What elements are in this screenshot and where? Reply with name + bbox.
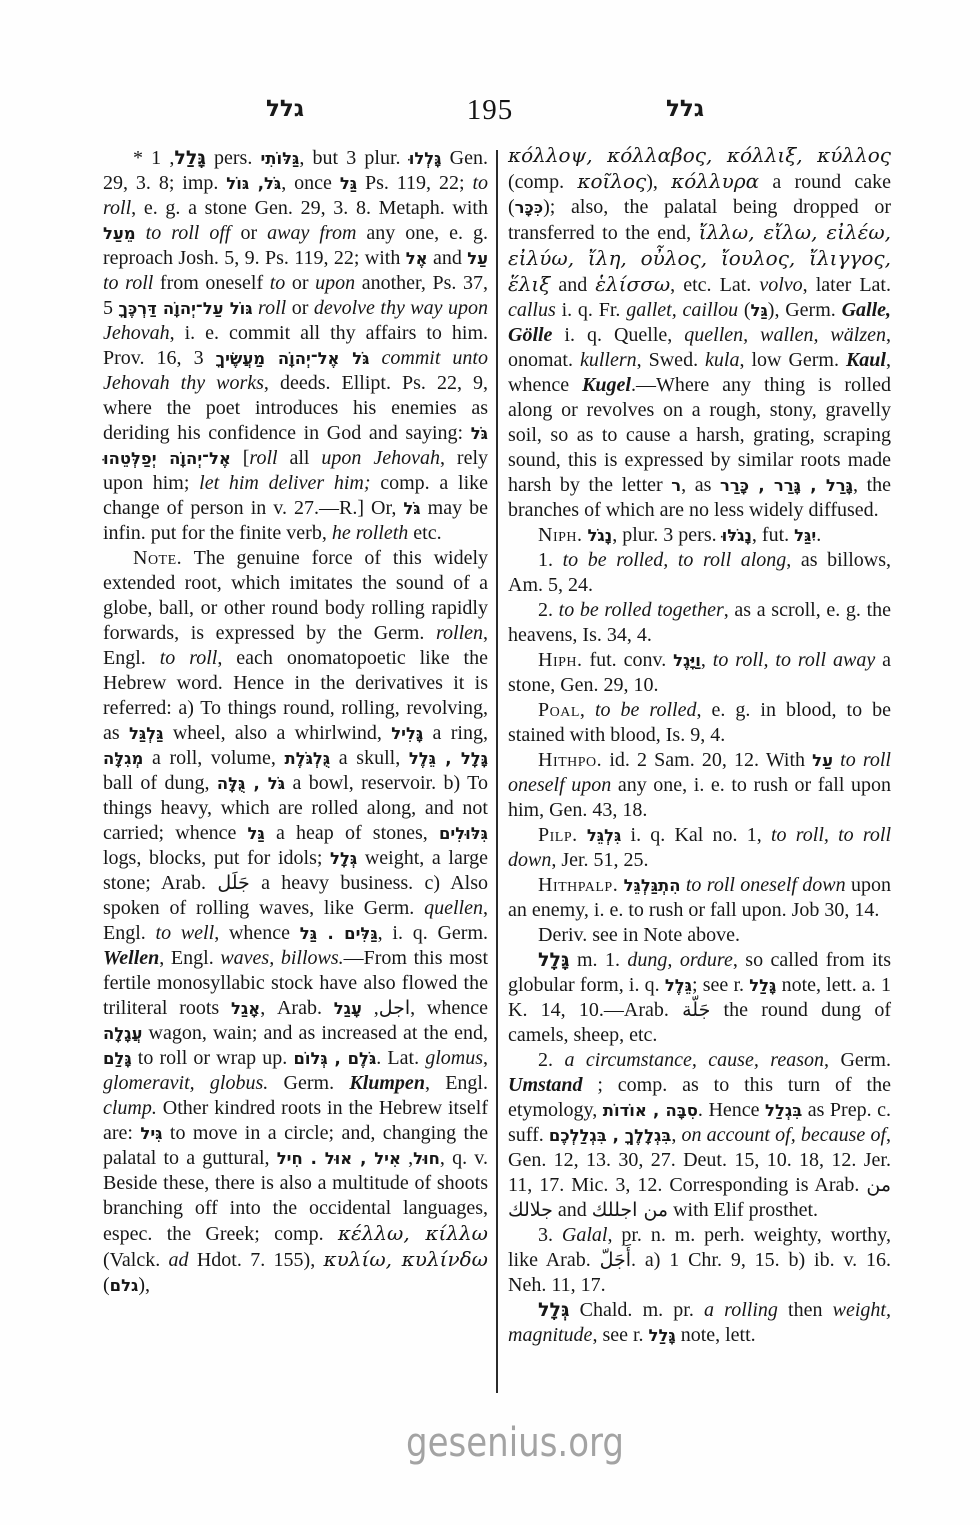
text-run: , see r.: [592, 1324, 648, 1346]
text-run: , as: [681, 474, 720, 496]
text-run: *: [133, 147, 151, 169]
text-run: ),: [646, 171, 671, 193]
paragraph: * גָּלַל, 1 pers. גַּלּוֹתִי, but 3 plur…: [103, 146, 488, 546]
text-run: , i. q. Germ.: [378, 922, 488, 944]
hebrew-text: עַל: [812, 751, 833, 770]
text-run: i. q. Fr.: [556, 299, 626, 321]
hebrew-text: מֵעַל: [103, 224, 136, 243]
text-run: to: [270, 272, 286, 294]
left-catchword: גלל: [225, 96, 345, 122]
text-run: gallet, caillou: [626, 299, 738, 321]
text-run: Chald. m. pr.: [569, 1299, 704, 1321]
page-number: 195: [430, 94, 550, 127]
hebrew-text: גַּלִּים . גַּל: [300, 924, 378, 943]
text-run: Umstand: [508, 1074, 582, 1096]
text-run: to roll or wrap up.: [132, 1047, 294, 1069]
text-run: Kugel: [582, 374, 631, 396]
hebrew-text: גָּלַל: [649, 1326, 676, 1345]
scanned-dictionary-page: גלל 195 גלל * גָּלַל, 1 pers. גַּלּוֹתִי…: [0, 0, 980, 1525]
text-run: to be rolled: [595, 699, 697, 721]
hebrew-text: עָגַל: [334, 999, 362, 1018]
hebrew-text: גַּל: [340, 174, 357, 193]
text-run: note, lett.: [676, 1324, 756, 1346]
text-run: , 1 pers.: [151, 147, 260, 169]
text-run: 3.: [538, 1224, 562, 1246]
stem-label: Hithpo.: [538, 749, 602, 771]
text-run: a heap of stones,: [265, 822, 439, 844]
hebrew-text: גִּלְגֵּל: [587, 826, 621, 845]
greek-text: κοῖλος: [577, 169, 646, 193]
greek-text: κόλλοψ, κόλλαβος, κόλλιξ, κύλλος: [508, 143, 891, 167]
text-run: a roll, volume,: [143, 747, 284, 769]
text-run: , Germ.: [824, 1049, 891, 1071]
text-run: all: [278, 447, 322, 469]
text-run: 2.: [538, 1049, 564, 1071]
hebrew-text: חוּל: [413, 1149, 440, 1168]
greek-text: κυλίω, κυλίνδω: [324, 1247, 488, 1271]
greek-text: ἑλίσσω: [595, 272, 670, 296]
right-catchword: גלל: [625, 96, 745, 122]
hebrew-text: גִּיל: [140, 1124, 162, 1143]
hebrew-text: גָּלַל: [749, 976, 776, 995]
text-run: dung, ordure: [627, 949, 732, 971]
hebrew-text: עַל: [467, 249, 488, 268]
text-run: [578, 824, 587, 846]
hebrew-text: וַיָּגֶל: [673, 651, 701, 670]
text-run: with Elif prosthet.: [668, 1199, 818, 1221]
text-run: away from: [267, 222, 356, 244]
hebrew-text: אִיל , אוּל . חִיל: [277, 1149, 401, 1168]
hebrew-text: גָּלַל: [174, 147, 205, 169]
text-run: kullern: [580, 349, 637, 371]
text-run: upon Jehovah: [321, 447, 440, 469]
hebrew-text: יִגַּל: [794, 526, 816, 545]
watermark: gesenius.org: [406, 1420, 624, 1466]
text-run: wagon, wain; and as increased at the end…: [142, 1022, 488, 1044]
text-run: . Lat.: [376, 1047, 425, 1069]
hebrew-text: גֻּלְגֹּלֶת: [285, 749, 331, 768]
text-run: glomus: [425, 1047, 483, 1069]
arabic-text: جَلَل: [217, 872, 249, 894]
text-run: waves, billows.: [220, 947, 343, 969]
text-run: rollen: [436, 622, 483, 644]
hebrew-text: גְּלָל: [330, 849, 357, 868]
paragraph: 2. a circumstance, cause, reason, Germ. …: [508, 1048, 891, 1223]
text-run: (Valck.: [103, 1249, 169, 1271]
hebrew-text: ר: [671, 476, 681, 495]
text-run: , but 3 plur.: [299, 147, 408, 169]
hebrew-text: גֹּל, גּוֹל: [226, 174, 281, 193]
text-run: to well: [156, 922, 215, 944]
hebrew-text: גֹּל: [403, 499, 420, 518]
text-run: a circumstance, cause, reason: [564, 1049, 824, 1071]
stem-label: Hiph.: [538, 649, 583, 671]
text-run: ),: [138, 1274, 150, 1296]
greek-text: κόλλυρα: [671, 169, 759, 193]
text-run: he rolleth: [332, 522, 408, 544]
text-run: a rolling: [704, 1299, 778, 1321]
text-run: , once: [281, 172, 340, 194]
paragraph: κόλλοψ, κόλλαβος, κόλλιξ, κύλλος (comp. …: [508, 143, 891, 523]
text-run: a skull,: [330, 747, 409, 769]
text-run: clump.: [103, 1097, 157, 1119]
text-run: ,: [401, 1147, 413, 1169]
hebrew-text: גְּלָל: [538, 1299, 569, 1321]
paragraph: 1. to be rolled, to roll along, as billo…: [508, 548, 891, 598]
text-run: ; see r.: [692, 974, 749, 996]
text-run: Kaul: [846, 349, 886, 371]
text-run: logs, blocks, put for idols;: [103, 847, 330, 869]
text-run: to roll off: [136, 222, 231, 244]
text-run: (comp.: [508, 171, 577, 193]
greek-text: κέλλω, κίλλω: [338, 1221, 488, 1245]
hebrew-text: גָּרַל , גָּרַר , כָּרַר: [720, 476, 853, 495]
text-run: Ps. 119, 22;: [357, 172, 472, 194]
hebrew-text: גִּלּוּלִים: [439, 824, 488, 843]
hebrew-text: גֹּלֶם , גְּלוֹם: [293, 1049, 376, 1068]
text-run: then: [778, 1299, 833, 1321]
paragraph: 3. Galal, pr. n. m. perh. weighty, worth…: [508, 1223, 891, 1298]
text-run: Klumpen: [349, 1072, 425, 1094]
hebrew-text: גַּלְגַּל: [129, 724, 163, 743]
hebrew-text: מְגִלָּה: [103, 749, 143, 768]
right-column: κόλλοψ, κόλλαβος, κόλλιξ, κύλλος (comp. …: [508, 143, 891, 1348]
text-run: and: [550, 274, 595, 296]
hebrew-text: גּוֹל עַל־יְהוָֹה דַּרְכֶּךָ: [118, 299, 252, 318]
text-run: , plur. 3 pers.: [612, 524, 721, 546]
text-run: ,: [483, 1047, 488, 1069]
hebrew-text: נָגֹל: [588, 526, 613, 545]
text-run: wheel, also a whirlwind,: [163, 722, 391, 744]
text-run: i. q. Quelle,: [552, 324, 684, 346]
text-run: .: [816, 524, 821, 546]
text-run: or: [285, 272, 315, 294]
text-run: , fut.: [752, 524, 794, 546]
text-run: , Jer. 51, 25.: [551, 849, 648, 871]
text-run: , low Germ.: [739, 349, 845, 371]
hebrew-text: הִתְגַּלְגֵּל: [624, 876, 681, 895]
stem-label: Note.: [133, 547, 182, 569]
stem-label: Hithpalp.: [538, 874, 618, 896]
hebrew-text: גלם: [110, 1276, 139, 1295]
paragraph: Poal, to be rolled, e. g. in blood, to b…: [508, 698, 891, 748]
paragraph: Niph. נָגֹל, plur. 3 pers. נָגֹלּוּ, fut…: [508, 523, 891, 548]
text-run: ,: [362, 997, 379, 1019]
arabic-text: جَلّة: [682, 999, 710, 1021]
text-run: 2.: [538, 599, 559, 621]
text-run: , Engl.: [159, 947, 220, 969]
text-run: Wellen: [103, 947, 159, 969]
text-run: roll: [249, 447, 277, 469]
text-run: ad: [169, 1249, 189, 1271]
text-run: , whence: [214, 922, 300, 944]
paragraph: Hiph. fut. conv. וַיָּגֶל, to roll, to r…: [508, 648, 891, 698]
text-run: to roll: [103, 272, 153, 294]
column-divider: [496, 150, 498, 1393]
arabic-text: أَجَلّ: [600, 1249, 631, 1271]
text-run: Galal: [562, 1224, 608, 1246]
text-run: ,: [671, 1124, 681, 1146]
paragraph: Note. The genuine force of this widely e…: [103, 546, 488, 1298]
hebrew-text: גַּלּוֹתִי: [260, 149, 299, 168]
hebrew-text: אָגַל: [231, 999, 260, 1018]
text-run: , Arab.: [260, 997, 334, 1019]
hebrew-text: גַּל: [248, 824, 265, 843]
text-run: ,: [701, 649, 713, 671]
text-run: , Engl.: [425, 1072, 488, 1094]
paragraph: גָּלָל m. 1. dung, ordure, so called fro…: [508, 948, 891, 1048]
text-run: to roll, to roll away: [713, 649, 875, 671]
hebrew-text: גָּלָל , גֵּלֶל: [409, 749, 488, 768]
hebrew-text: גָּלָל: [538, 949, 569, 971]
hebrew-text: בִּגְלַל: [765, 1101, 802, 1120]
text-run: , e. g. a stone Gen. 29, 3. 8. Metaph. w…: [131, 197, 488, 219]
text-run: Germ.: [268, 1072, 349, 1094]
paragraph: 2. to be rolled together, as a scroll, e…: [508, 598, 891, 648]
text-run: ,: [580, 699, 595, 721]
text-run: (: [738, 299, 750, 321]
text-run: or: [230, 222, 267, 244]
text-run: and: [553, 1199, 592, 1221]
text-run: 1.: [538, 549, 563, 571]
text-run: glomeravit, globus.: [103, 1072, 268, 1094]
text-run: id. 2 Sam. 20, 12. With: [602, 749, 812, 771]
text-run: i. q. Kal no. 1,: [621, 824, 771, 846]
text-run: , etc. Lat.: [670, 274, 759, 296]
hebrew-text: גַּל: [751, 301, 768, 320]
text-run: etc.: [408, 522, 441, 544]
arabic-text: من اجللك: [592, 1199, 668, 1221]
text-run: let him deliver him;: [199, 472, 370, 494]
left-column: * גָּלַל, 1 pers. גַּלּוֹתִי, but 3 plur…: [103, 146, 488, 1298]
hebrew-text: גָּלִיל: [391, 724, 423, 743]
hebrew-text: גָּלְלוּ: [409, 149, 442, 168]
text-run: quellen, wallen, wälzen: [684, 324, 886, 346]
text-run: [: [231, 447, 250, 469]
hebrew-text: אֶל: [406, 249, 428, 268]
text-run: , later Lat.: [803, 274, 891, 296]
text-run: on account of, because of: [682, 1124, 887, 1146]
paragraph: Pilp. גִּלְגֵּל i. q. Kal no. 1, to roll…: [508, 823, 891, 873]
hebrew-text: גֵּלֶל: [665, 976, 692, 995]
text-run: a ring,: [423, 722, 488, 744]
text-run: . Hence: [698, 1099, 765, 1121]
text-run: ball of dung,: [103, 772, 217, 794]
text-run: kula: [705, 349, 739, 371]
text-run: quellen: [424, 897, 483, 919]
text-run: m. 1.: [569, 949, 627, 971]
hebrew-text: עֲגָלָה: [103, 1024, 142, 1043]
paragraph: Hithpalp. הִתְגַּלְגֵּל to roll oneself …: [508, 873, 891, 923]
text-run: to roll: [160, 647, 218, 669]
arabic-text: اجل: [379, 997, 410, 1019]
text-run: fut. conv.: [583, 649, 674, 671]
paragraph: Hithpo. id. 2 Sam. 20, 12. With עַל to r…: [508, 748, 891, 823]
hebrew-text: גֹּל , גֻּלָּה: [217, 774, 285, 793]
hebrew-text: בִּגְלָלֶךָ , בִּגְלַלְכֶם: [549, 1126, 671, 1145]
hebrew-text: סִבָּה , אוֹדוֹת: [603, 1101, 698, 1120]
text-run: , Swed.: [637, 349, 705, 371]
paragraph: גְּלָל Chald. m. pr. a rolling then weig…: [508, 1298, 891, 1348]
text-run: ), Germ.: [768, 299, 842, 321]
text-run: upon: [315, 272, 355, 294]
hebrew-text: גֹּל אֶל־יְהוָֹה מַעֲשֶׂיךָ: [216, 349, 370, 368]
hebrew-text: כִּכָּר: [515, 198, 543, 217]
hebrew-text: נָגֹלּוּ: [722, 526, 752, 545]
text-run: , whence: [410, 997, 488, 1019]
text-run: Deriv. see in Note above.: [538, 924, 740, 946]
text-run: and: [428, 247, 468, 269]
text-run: Hdot. 7. 155),: [189, 1249, 324, 1271]
text-run: to be rolled together: [559, 599, 724, 621]
text-run: from oneself: [153, 272, 269, 294]
stem-label: Niph.: [538, 524, 583, 546]
text-run: volvo: [759, 274, 802, 296]
paragraph: Deriv. see in Note above.: [508, 923, 891, 948]
hebrew-text: גָּלַם: [103, 1049, 132, 1068]
text-run: (: [103, 1274, 110, 1296]
text-run: or: [286, 297, 314, 319]
stem-label: Pilp.: [538, 824, 578, 846]
text-run: to roll oneself down: [681, 874, 846, 896]
text-run: to be rolled, to roll along: [563, 549, 787, 571]
text-run: roll: [253, 297, 287, 319]
stem-label: Poal: [538, 699, 580, 721]
text-run: callus: [508, 299, 556, 321]
